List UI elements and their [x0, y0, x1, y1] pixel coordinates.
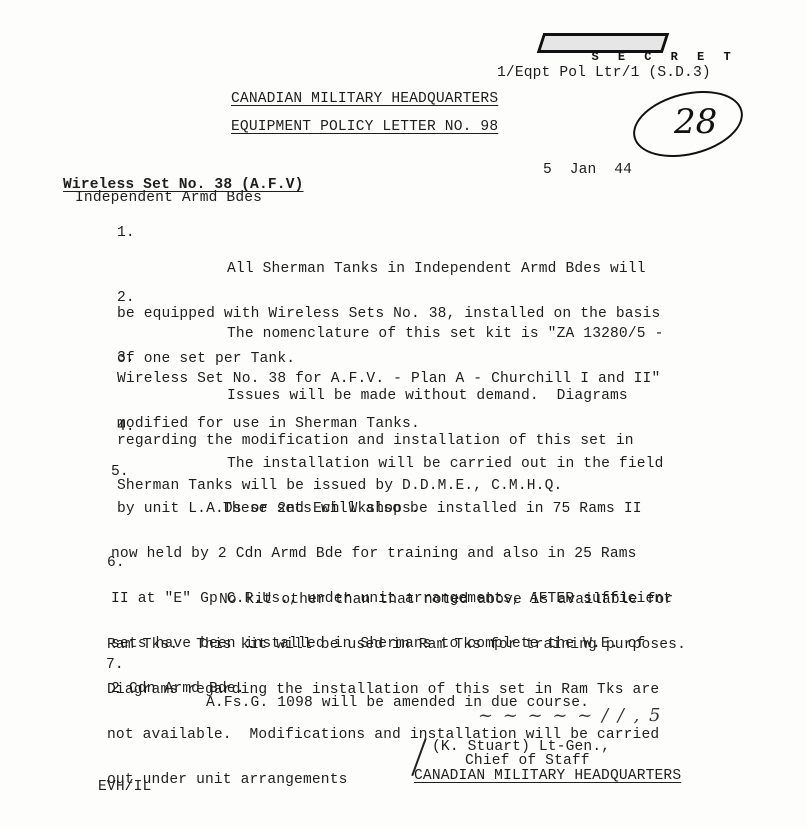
paragraph-line: Ram Tks. This kit will be used in Ram Tk… — [107, 638, 686, 653]
classification-label: S E C R E T — [591, 50, 736, 64]
paragraph-line: These sets will also be installed in 75 … — [111, 502, 672, 517]
signatory-org: CANADIAN MILITARY HEADQUARTERS — [414, 769, 681, 784]
paragraph-line: All Sherman Tanks in Independent Armd Bd… — [117, 262, 660, 277]
folio-number: 28 — [674, 104, 717, 140]
paragraph-line: The nomenclature of this set kit is "ZA … — [117, 327, 663, 342]
paragraph-7-number: 7. — [106, 658, 124, 673]
paragraph-line: now held by 2 Cdn Armd Bde for training … — [111, 547, 672, 562]
handwritten-signature: ~ ~ ~ ~ ~ / / , 5 — [478, 705, 663, 726]
paragraph-line: Issues will be made without demand. Diag… — [117, 389, 634, 404]
file-reference: 1/Eqpt Pol Ltr/1 (S.D.3) — [497, 66, 711, 81]
org-title: CANADIAN MILITARY HEADQUARTERS — [231, 92, 498, 107]
signatory-title: Chief of Staff — [465, 754, 590, 769]
reference-initials: EVH/IL — [98, 780, 151, 795]
letter-title: EQUIPMENT POLICY LETTER NO. 98 — [231, 120, 498, 135]
secret-stamp: S E C R E T — [537, 33, 669, 53]
letter-date: 5 Jan 44 — [543, 163, 632, 178]
paragraph-7: A.Fs.G. 1098 will be amended in due cour… — [206, 666, 589, 741]
subject-subtitle: Independent Armd Bdes — [75, 191, 262, 206]
paragraph-line: The installation will be carried out in … — [117, 457, 663, 472]
paragraph-line: No kit other than that noted above is av… — [107, 593, 686, 608]
document-page: S E C R E T 1/Eqpt Pol Ltr/1 (S.D.3) 28 … — [0, 0, 807, 829]
